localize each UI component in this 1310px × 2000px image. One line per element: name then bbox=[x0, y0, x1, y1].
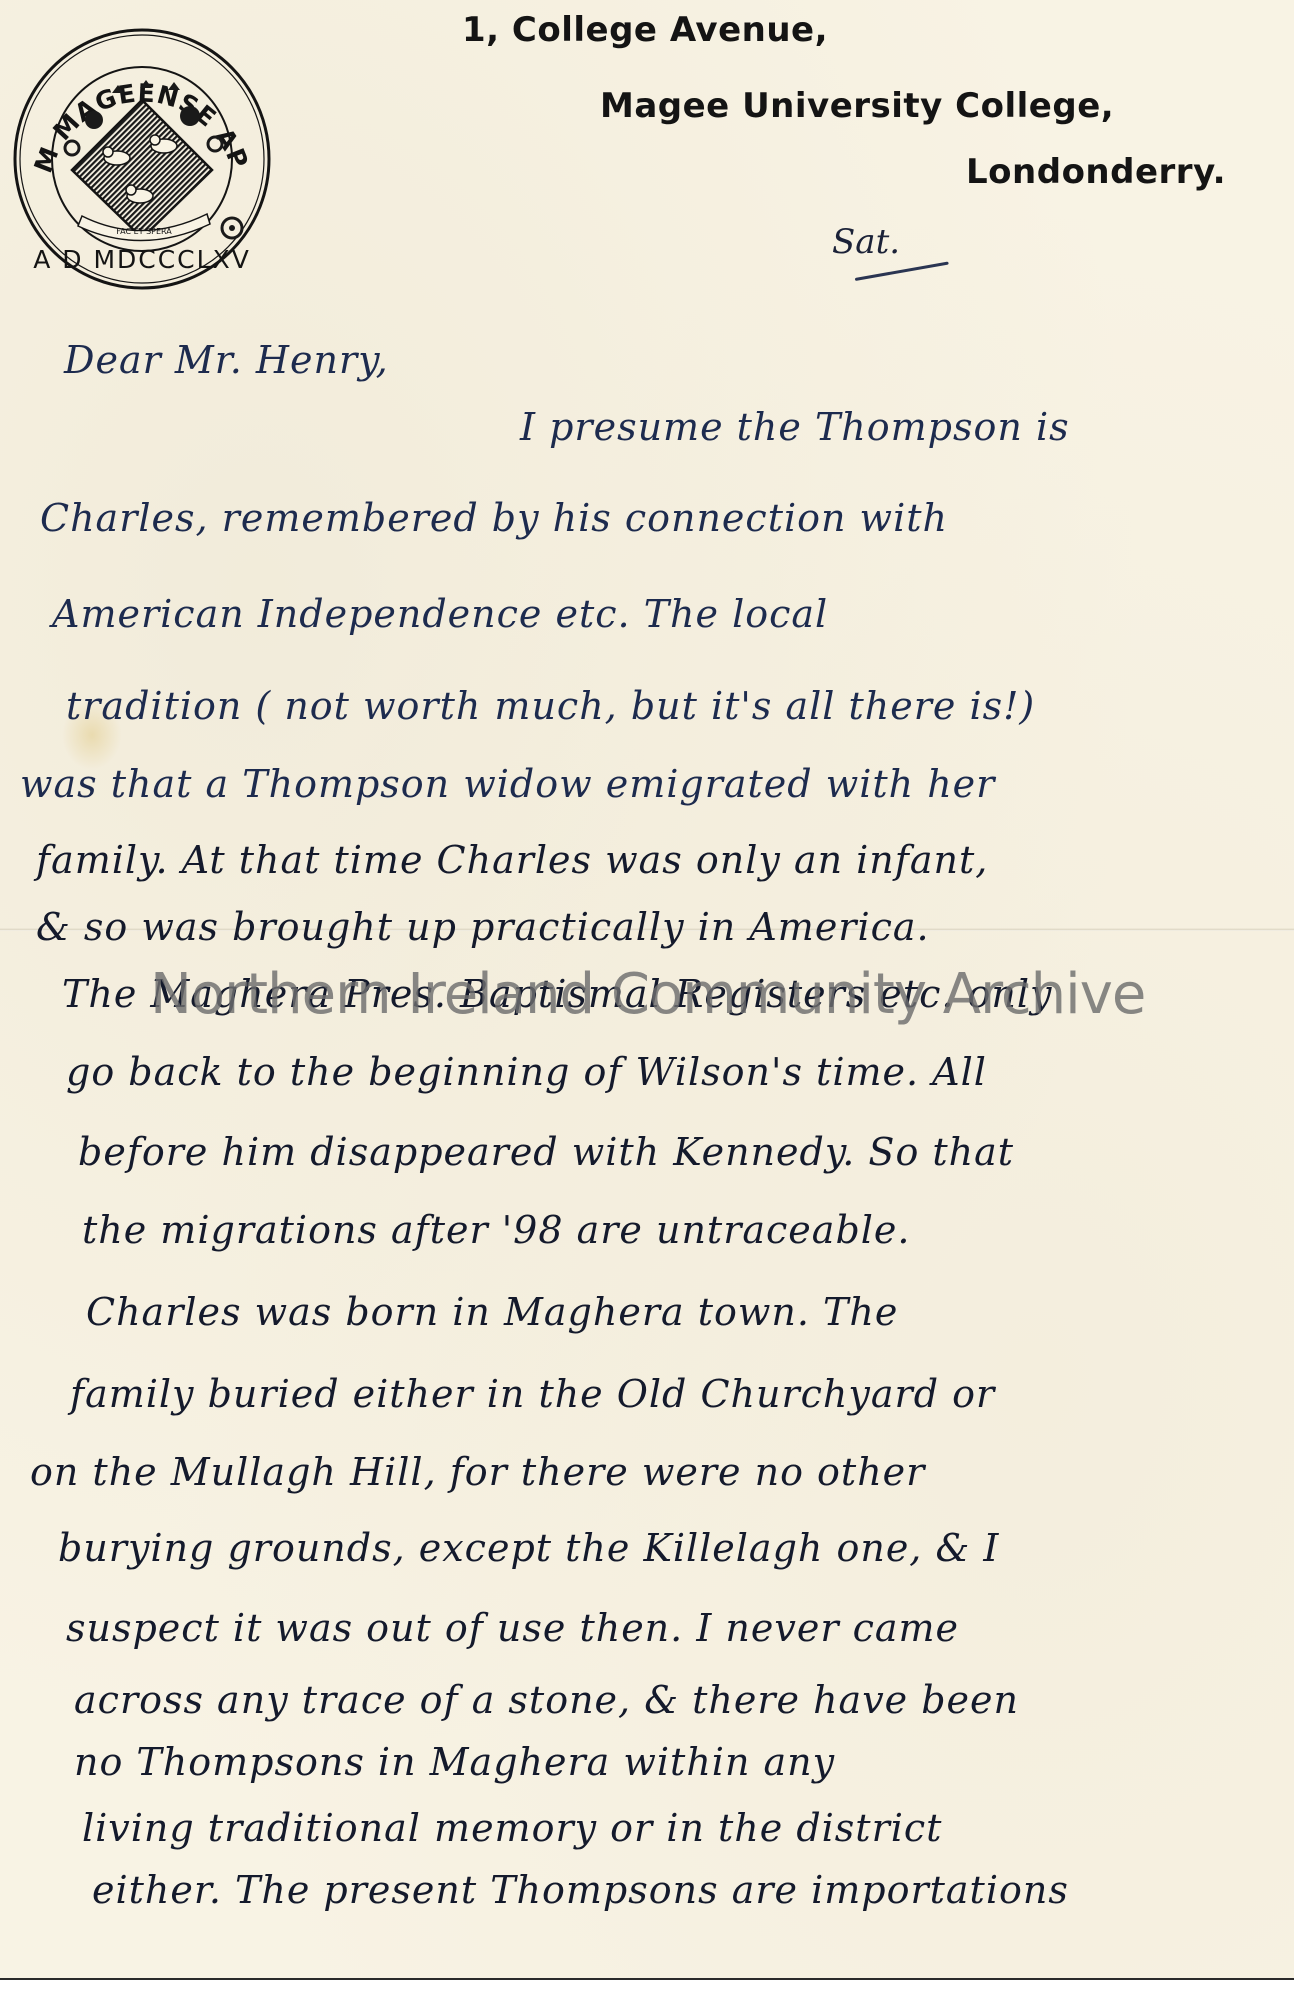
body-line: Charles, remembered by his connection wi… bbox=[40, 496, 948, 540]
body-line: on the Mullagh Hill, for there were no o… bbox=[30, 1450, 925, 1494]
body-line: either. The present Thompsons are import… bbox=[92, 1868, 1069, 1912]
body-line: family. At that time Charles was only an… bbox=[36, 838, 988, 882]
body-line: before him disappeared with Kennedy. So … bbox=[78, 1130, 1014, 1174]
svg-text:A D MDCCCLXV: A D MDCCCLXV bbox=[33, 245, 251, 274]
college-seal-icon: COLLEGIUM MAGEENSE APUD DERRY A D MDCCCL… bbox=[12, 28, 272, 290]
archive-watermark: Northern Ireland Community Archive bbox=[150, 962, 1145, 1027]
body-line: I presume the Thompson is bbox=[520, 405, 1070, 449]
date-underline bbox=[855, 262, 949, 281]
letter-page: COLLEGIUM MAGEENSE APUD DERRY A D MDCCCL… bbox=[0, 0, 1294, 1980]
body-line: suspect it was out of use then. I never … bbox=[66, 1606, 959, 1650]
body-line: was that a Thompson widow emigrated with… bbox=[20, 762, 995, 806]
body-line: the migrations after '98 are untraceable… bbox=[82, 1208, 911, 1252]
body-line: Charles was born in Maghera town. The bbox=[86, 1290, 898, 1334]
body-line: no Thompsons in Maghera within any bbox=[74, 1740, 835, 1784]
letter-date: Sat. bbox=[832, 222, 900, 262]
body-line: & so was brought up practically in Ameri… bbox=[36, 905, 930, 949]
body-line: tradition ( not worth much, but it's all… bbox=[66, 684, 1035, 728]
body-line: American Independence etc. The local bbox=[52, 592, 828, 636]
letterhead-address-line-2: Magee University College, bbox=[600, 86, 1114, 126]
body-line: burying grounds, except the Killelagh on… bbox=[58, 1526, 999, 1570]
svg-text:FAC ET SPERA: FAC ET SPERA bbox=[116, 227, 172, 236]
body-line: living traditional memory or in the dist… bbox=[82, 1806, 942, 1850]
body-line: go back to the beginning of Wilson's tim… bbox=[66, 1050, 987, 1094]
body-line: family buried either in the Old Churchya… bbox=[70, 1372, 995, 1416]
salutation: Dear Mr. Henry, bbox=[64, 338, 389, 382]
letterhead-address-line-1: 1, College Avenue, bbox=[462, 10, 828, 50]
body-line: across any trace of a stone, & there hav… bbox=[74, 1678, 1019, 1722]
letterhead-address-line-3: Londonderry. bbox=[966, 152, 1226, 192]
